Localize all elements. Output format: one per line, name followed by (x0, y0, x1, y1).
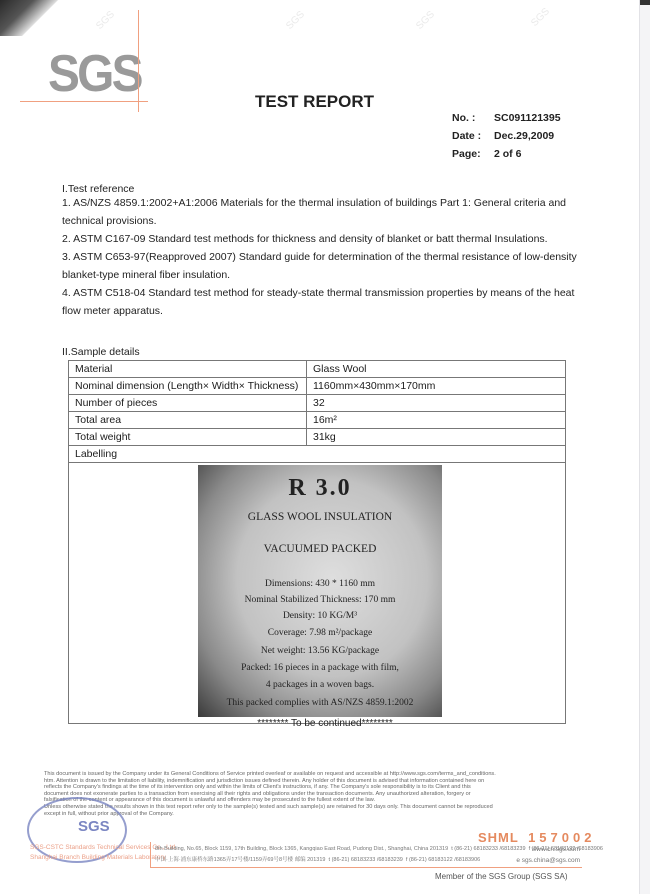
logo-rule-horizontal (20, 101, 148, 102)
row-value: 16m² (307, 412, 566, 429)
logo-rule-vertical (138, 10, 139, 112)
tel: t (86-21) 68183233 /68183239 (329, 857, 403, 863)
table-row: Nominal dimension (Length× Width× Thickn… (69, 378, 566, 395)
watermark: SGS (94, 9, 117, 32)
shml-number: SHML 157002 (478, 830, 595, 845)
contact-web: www.cn.sgs.com e sgs.china@sgs.com (500, 844, 580, 866)
row-label: Nominal dimension (Length× Width× Thickn… (69, 378, 307, 395)
sample-details-table: Material Glass Wool Nominal dimension (L… (68, 360, 566, 724)
photo-line: Packed: 16 pieces in a package with film… (198, 663, 442, 673)
table-row: Labelling (69, 446, 566, 463)
row-label: Material (69, 361, 307, 378)
footer-rule (150, 867, 582, 868)
address-cn: 中国·上海·浦东康桥东路1365弄17号楼/1159弄69号8号楼 邮编 201… (155, 857, 325, 863)
to-be-continued: ******** To be continued******** (0, 718, 650, 729)
member-text: Member of the SGS Group (SGS SA) (435, 872, 568, 881)
disclaimer-line: document does not exonerate parties to a… (44, 791, 588, 798)
table-row: Material Glass Wool (69, 361, 566, 378)
page-edge-shadow (640, 0, 650, 5)
sgs-logo: SGS (40, 40, 140, 100)
photo-line: GLASS WOOL INSULATION (198, 511, 442, 523)
address-divider (150, 842, 151, 868)
photo-line: Net weight: 13.56 KG/package (198, 646, 442, 656)
photo-line: Nominal Stabilized Thickness: 170 mm (198, 595, 442, 605)
photo-line: VACUUMED PACKED (198, 543, 442, 555)
fax: f (86-21) 68183122 /68183906 (406, 857, 480, 863)
report-date: Dec.29,2009 (494, 127, 554, 145)
logo-text: SGS (48, 44, 141, 104)
row-value: 31kg (307, 429, 566, 446)
watermark: SGS (414, 9, 437, 32)
email-link[interactable]: e sgs.china@sgs.com (500, 855, 580, 866)
labelling-label: Labelling (69, 446, 566, 463)
photo-line: Dimensions: 430 * 1160 mm (198, 579, 442, 589)
disclaimer-line: This document is issued by the Company u… (44, 771, 588, 778)
row-value: Glass Wool (307, 361, 566, 378)
disclaimer-line: falsification of the content or appearan… (44, 797, 588, 804)
photo-line: Density: 10 KG/M³ (198, 611, 442, 621)
table-row: Total area 16m² (69, 412, 566, 429)
address-en: 8th Building, No.65, Block 1159, 17th Bu… (155, 846, 448, 852)
website-link[interactable]: www.cn.sgs.com (500, 844, 580, 855)
photo-line: 4 packages in a woven bags. (198, 680, 442, 690)
photo-line: Coverage: 7.98 m²/package (198, 628, 442, 638)
reference-item: 4. ASTM C518-04 Standard test method for… (62, 284, 582, 320)
report-meta: No. :SC091121395 Date :Dec.29,2009 Page:… (452, 109, 561, 163)
report-no-label: No. : (452, 109, 494, 127)
test-reference-list: 1. AS/NZS 4859.1:2002+A1:2006 Materials … (62, 194, 582, 320)
reference-item: 2. ASTM C167-09 Standard test methods fo… (62, 230, 582, 248)
photo-line: This packed complies with AS/NZS 4859.1:… (198, 698, 442, 708)
watermark: SGS (529, 6, 552, 29)
row-label: Total area (69, 412, 307, 429)
page-label: Page: (452, 145, 494, 163)
photo-r-value: R 3.0 (198, 475, 442, 502)
labelling-photo-cell: R 3.0 GLASS WOOL INSULATION VACUUMED PAC… (69, 463, 566, 724)
page-number: 2 of 6 (494, 145, 521, 163)
product-label-photo: R 3.0 GLASS WOOL INSULATION VACUUMED PAC… (198, 465, 442, 717)
report-date-label: Date : (452, 127, 494, 145)
table-row: Number of pieces 32 (69, 395, 566, 412)
disclaimer-line: except in full, without prior approval o… (44, 811, 588, 818)
page-corner-fold (0, 0, 60, 36)
disclaimer-line: htm. Attention is drawn to the limitatio… (44, 778, 588, 785)
row-label: Number of pieces (69, 395, 307, 412)
disclaimer-line: Unless otherwise stated the results show… (44, 804, 588, 811)
row-value: 1160mm×430mm×170mm (307, 378, 566, 395)
table-row: Total weight 31kg (69, 429, 566, 446)
sample-details-heading: II.Sample details (62, 346, 140, 358)
shml-label: SHML (478, 830, 519, 845)
watermark: SGS (284, 9, 307, 32)
page-edge (639, 0, 650, 894)
table-row: R 3.0 GLASS WOOL INSULATION VACUUMED PAC… (69, 463, 566, 724)
row-value: 32 (307, 395, 566, 412)
report-no: SC091121395 (494, 109, 561, 127)
stamp-text: SGS (78, 818, 110, 835)
reference-item: 1. AS/NZS 4859.1:2002+A1:2006 Materials … (62, 194, 582, 230)
report-title: TEST REPORT (255, 92, 374, 112)
disclaimer: This document is issued by the Company u… (44, 771, 588, 817)
row-label: Total weight (69, 429, 307, 446)
disclaimer-line: reflects the Company's findings at the t… (44, 784, 588, 791)
reference-item: 3. ASTM C653-97(Reapproved 2007) Standar… (62, 248, 582, 284)
shml-value: 157002 (528, 830, 595, 845)
